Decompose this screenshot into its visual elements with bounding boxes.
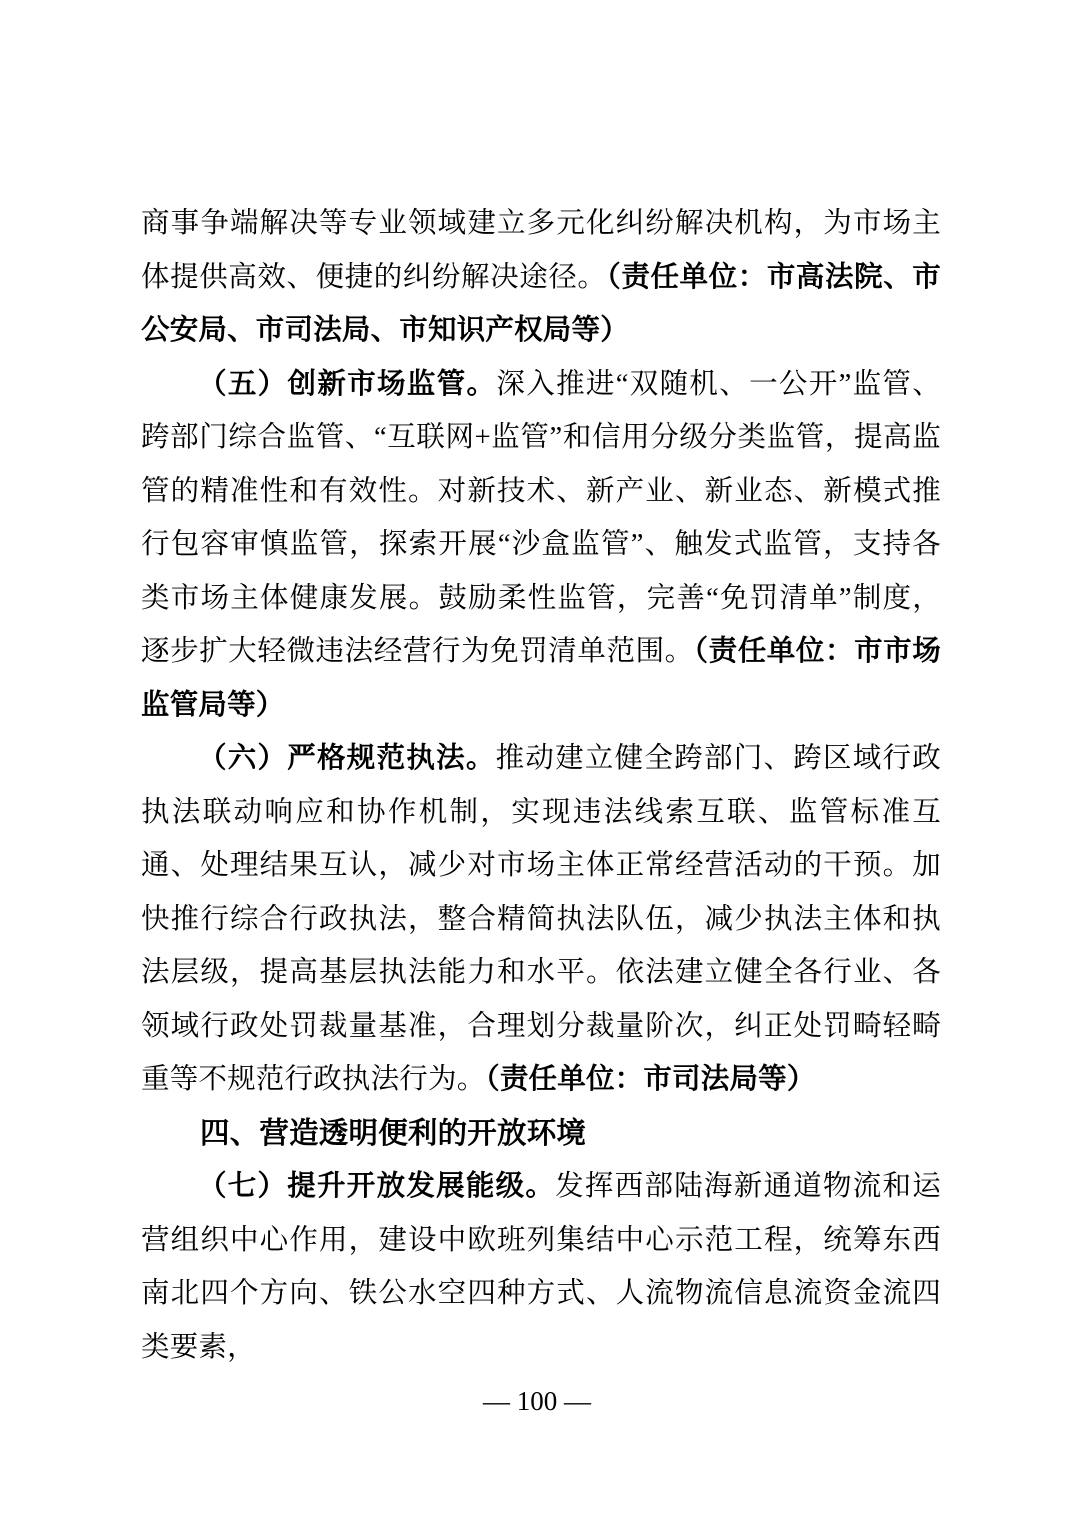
document-body: 商事争端解决等专业领域建立多元化纠纷解决机构，为市场主体提供高效、便捷的纠纷解决… bbox=[141, 197, 941, 1374]
text-segment: （责任单位：市司法局等） bbox=[485, 1064, 815, 1095]
paragraph: （六）严格规范执法。推动建立健全跨部门、跨区域行政执法联动响应和协作机制，实现违… bbox=[141, 732, 941, 1107]
text-segment: （六）严格规范执法。 bbox=[198, 743, 496, 774]
paragraph: （七）提升开放发展能级。发挥西部陆海新通道物流和运营组织中心作用，建设中欧班列集… bbox=[141, 1160, 941, 1374]
text-segment: （五）创新市场监管。 bbox=[198, 369, 496, 400]
document-page: 商事争端解决等专业领域建立多元化纠纷解决机构，为市场主体提供高效、便捷的纠纷解决… bbox=[0, 0, 1074, 1520]
text-segment: 推动建立健全跨部门、跨区域行政执法联动响应和协作机制，实现违法线索互联、监管标准… bbox=[141, 743, 941, 1095]
section-heading: 四、营造透明便利的开放环境 bbox=[141, 1107, 941, 1161]
text-segment: 深入推进“双随机、一公开”监管、跨部门综合监管、“互联网+监管”和信用分级分类监… bbox=[141, 369, 941, 668]
page-number: — 100 — bbox=[0, 1388, 1074, 1415]
text-segment: 四、营造透明便利的开放环境 bbox=[200, 1117, 586, 1150]
paragraph: （五）创新市场监管。深入推进“双随机、一公开”监管、跨部门综合监管、“互联网+监… bbox=[141, 358, 941, 733]
paragraph: 商事争端解决等专业领域建立多元化纠纷解决机构，为市场主体提供高效、便捷的纠纷解决… bbox=[141, 197, 941, 358]
text-segment: （七）提升开放发展能级。 bbox=[198, 1171, 555, 1202]
